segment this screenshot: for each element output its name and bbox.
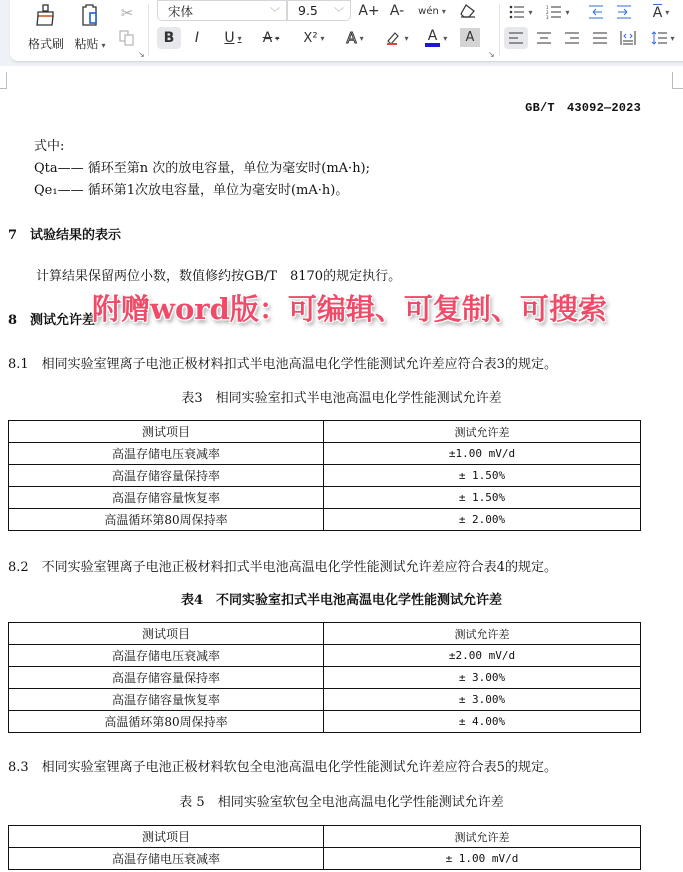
svg-text:3: 3 [546, 15, 549, 19]
table-cell: ± 1.00 mV/d [324, 848, 641, 870]
align-center-icon [537, 32, 551, 44]
page-corner-marker-left [0, 72, 7, 89]
grow-font-button[interactable]: A+ [359, 2, 379, 20]
table-row: 高温存储电压衰减率± 1.00 mV/d [9, 848, 641, 870]
font-name-value: 宋体 [168, 2, 193, 20]
font-dialog-launcher-icon[interactable]: ↘ [488, 50, 495, 59]
increase-indent-button[interactable] [613, 2, 635, 22]
table-cell: 高温存储容量恢复率 [9, 689, 324, 711]
justify-button[interactable] [588, 27, 612, 49]
table-cell: 高温存储容量保持率 [9, 667, 324, 689]
line-spacing-icon [651, 31, 667, 45]
paste-button[interactable]: 粘贴▾ [68, 2, 112, 52]
font-color-button[interactable]: A▾ [420, 27, 452, 49]
table-4-caption: 表4 不同实验室扣式半电池高温电化学性能测试允许差 [0, 589, 683, 608]
table-5: 测试项目测试允许差 高温存储电压衰减率± 1.00 mV/d [8, 825, 641, 870]
shrink-font-button[interactable]: A- [387, 2, 407, 20]
character-shading-icon: A [466, 30, 475, 45]
line-spacing-button[interactable]: ▾ [646, 27, 680, 49]
table-cell: 高温存储电压衰减率 [9, 848, 324, 870]
table-row: 高温存储容量保持率± 3.00% [9, 667, 641, 689]
table-header-row: 测试项目测试允许差 [9, 421, 641, 443]
underline-icon: U [224, 30, 234, 46]
table-header-row: 测试项目测试允许差 [9, 826, 641, 848]
clipboard-paste-icon [79, 2, 101, 28]
table-row: 高温存储电压衰减率±1.00 mV/d [9, 443, 641, 465]
text-direction-button[interactable]: A▾ [643, 2, 679, 22]
table-cell: ± 4.00% [324, 711, 641, 733]
copy-icon [119, 30, 135, 46]
align-right-button[interactable] [560, 27, 584, 49]
numbered-list-icon: 123 [546, 5, 562, 19]
table-5-caption: 表 5 相同实验室软包全电池高温电化学性能测试允许差 [0, 791, 683, 810]
numbering-button[interactable]: 123▾ [541, 2, 575, 22]
copy-button[interactable] [116, 28, 138, 48]
indent-icon [616, 5, 632, 19]
format-painter-button[interactable]: 格式刷 [24, 2, 68, 52]
phonetic-guide-icon: wén [418, 6, 439, 17]
header-cell: 测试允许差 [324, 421, 641, 443]
align-right-icon [565, 32, 579, 44]
grow-font-icon: A+ [358, 3, 379, 19]
table-3-caption: 表3 相同实验室扣式半电池高温电化学性能测试允许差 [0, 387, 683, 406]
bold-button[interactable]: B [157, 27, 181, 49]
shrink-font-icon: A- [390, 3, 404, 19]
font-name-select[interactable]: 宋体 ﹀ [157, 0, 287, 21]
table-3: 测试项目测试允许差 高温存储电压衰减率±1.00 mV/d 高温存储容量保持率±… [8, 420, 641, 531]
table-row: 高温存储容量恢复率± 1.50% [9, 487, 641, 509]
table-cell: 高温循环第80周保持率 [9, 509, 324, 531]
chevron-down-icon: ﹀ [334, 4, 344, 19]
table-cell: 高温存储容量恢复率 [9, 487, 324, 509]
paste-label: 粘贴 [74, 37, 98, 51]
header-cell: 测试项目 [9, 826, 324, 848]
table-cell: ± 2.00% [324, 509, 641, 531]
justify-icon [593, 32, 607, 44]
standard-number-header: GB/T 43092—2023 [525, 98, 641, 115]
font-size-select[interactable]: 9.5 ﹀ [287, 0, 351, 21]
table-cell: ± 1.50% [324, 487, 641, 509]
table-cell: ± 3.00% [324, 667, 641, 689]
header-cell: 测试允许差 [324, 623, 641, 645]
clear-format-button[interactable] [458, 2, 478, 20]
format-painter-icon [35, 2, 57, 28]
character-shading-button[interactable]: A [460, 28, 480, 47]
text-effect-button[interactable]: A▾ [340, 27, 370, 49]
clause-8-2: 8.2 不同实验室锂离子电池正极材料扣式半电池高温电化学性能测试允许差应符合表4… [8, 556, 557, 575]
formula-intro: 式中: [34, 135, 64, 154]
header-cell: 测试允许差 [324, 826, 641, 848]
divider [499, 4, 500, 56]
table-row: 高温存储容量保持率± 1.50% [9, 465, 641, 487]
bold-icon: B [164, 30, 175, 46]
promo-watermark: 附赠word版：可编辑、可复制、可搜索 [92, 287, 607, 328]
table-cell: ± 3.00% [324, 689, 641, 711]
table-row: 高温循环第80周保持率± 2.00% [9, 509, 641, 531]
table-row: 高温循环第80周保持率± 4.00% [9, 711, 641, 733]
phonetic-guide-button[interactable]: wén▾ [417, 2, 447, 20]
bullet-list-icon [509, 5, 525, 19]
page-corner-marker-right [672, 72, 683, 89]
clipboard-dialog-launcher-icon[interactable]: ↘ [138, 50, 145, 59]
outdent-icon [588, 5, 604, 19]
distributed-icon [620, 31, 636, 45]
table-cell: ±1.00 mV/d [324, 443, 641, 465]
clause-8-3: 8.3 相同实验室锂离子电池正极材料软包全电池高温电化学性能测试允许差应符合表5… [8, 756, 557, 775]
table-cell: 高温存储容量保持率 [9, 465, 324, 487]
underline-button[interactable]: U▾ [218, 27, 248, 49]
section-8-heading: 8 测试允许差 [8, 309, 95, 328]
align-left-icon [509, 32, 523, 44]
table-cell: 高温存储电压衰减率 [9, 645, 324, 667]
table-cell: 高温存储电压衰减率 [9, 443, 324, 465]
table-header-row: 测试项目测试允许差 [9, 623, 641, 645]
font-color-icon: A [425, 29, 441, 47]
text-direction-icon: A [653, 4, 663, 21]
table-cell: ±2.00 mV/d [324, 645, 641, 667]
superscript-icon: X² [303, 31, 317, 46]
header-cell: 测试项目 [9, 623, 324, 645]
decrease-indent-button[interactable] [585, 2, 607, 22]
definition-qta: Qta—— 循环至第n 次的放电容量，单位为毫安时(mA·h); [34, 157, 370, 176]
format-painter-label: 格式刷 [28, 35, 64, 52]
cut-button[interactable]: ✂ [116, 3, 138, 23]
align-center-button[interactable] [532, 27, 556, 49]
table-cell: ± 1.50% [324, 465, 641, 487]
home-ribbon: 格式刷 粘贴▾ ✂ ↘ 宋体 ﹀ 9.5 ﹀ A+ A- wén▾ B I U▾… [10, 0, 683, 62]
align-left-button[interactable] [504, 27, 528, 49]
text-effect-icon: A [346, 29, 356, 47]
superscript-button[interactable]: X²▾ [296, 27, 332, 49]
section-7-heading: 7 试验结果的表示 [8, 224, 121, 243]
highlight-button[interactable]: ▾ [380, 27, 414, 49]
italic-button[interactable]: I [185, 27, 209, 49]
eraser-icon [460, 4, 476, 18]
strikethrough-button[interactable]: A▾ [256, 27, 286, 49]
chevron-down-icon[interactable]: ▾ [102, 41, 106, 50]
table-cell: 高温循环第80周保持率 [9, 711, 324, 733]
definition-qe1: Qe₁—— 循环第1次放电容量，单位为毫安时(mA·h)。 [34, 179, 348, 198]
scissors-icon: ✂ [121, 4, 134, 22]
section-7-body: 计算结果保留两位小数，数值修约按GB/T 8170的规定执行。 [36, 265, 401, 284]
table-row: 高温存储电压衰减率±2.00 mV/d [9, 645, 641, 667]
table-row: 高温存储容量恢复率± 3.00% [9, 689, 641, 711]
highlighter-icon [385, 30, 401, 46]
chevron-down-icon: ﹀ [270, 4, 280, 19]
distributed-align-button[interactable] [616, 27, 640, 49]
header-cell: 测试项目 [9, 421, 324, 443]
italic-icon: I [195, 30, 199, 46]
bullets-button[interactable]: ▾ [504, 2, 538, 22]
clause-8-1: 8.1 相同实验室锂离子电池正极材料扣式半电池高温电化学性能测试允许差应符合表3… [8, 353, 557, 372]
font-size-value: 9.5 [298, 3, 318, 18]
table-4: 测试项目测试允许差 高温存储电压衰减率±2.00 mV/d 高温存储容量保持率±… [8, 622, 641, 733]
divider [148, 4, 149, 56]
strikethrough-icon: A [263, 30, 273, 46]
